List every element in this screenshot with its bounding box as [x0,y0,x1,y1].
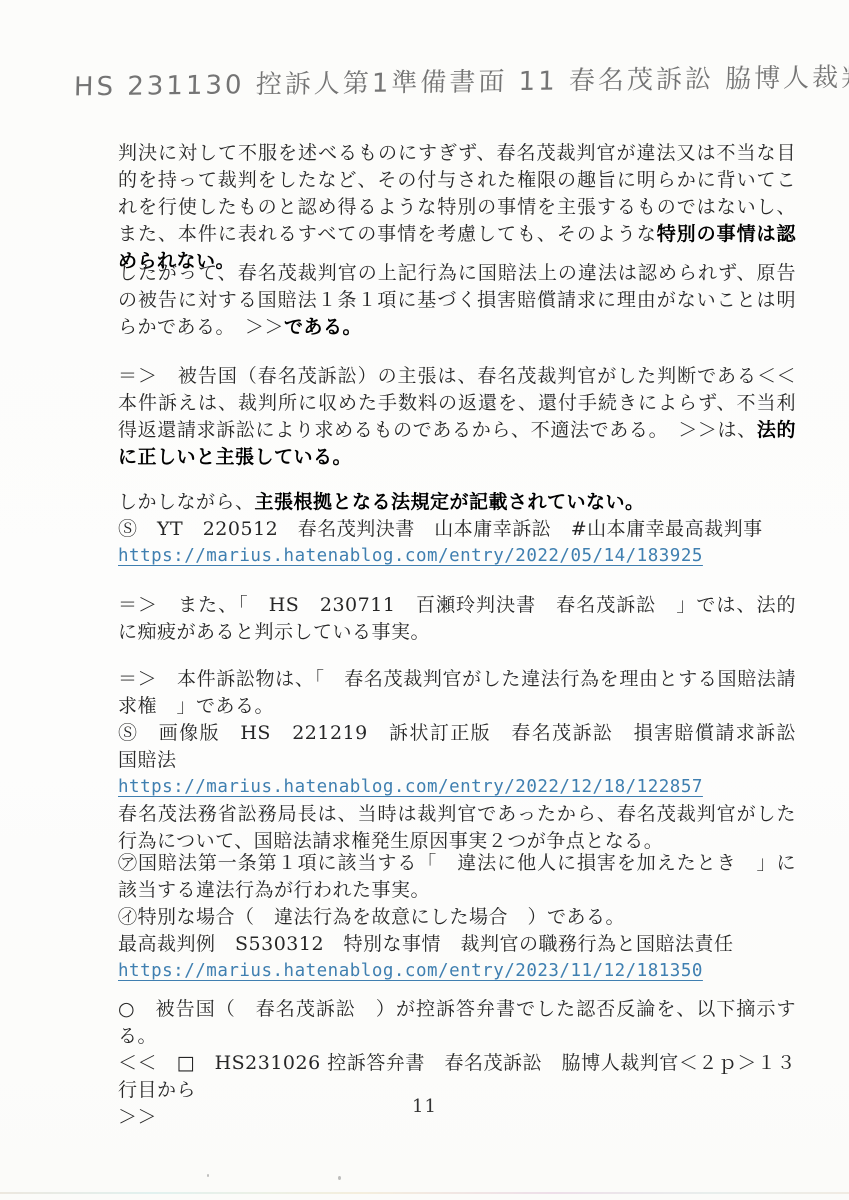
body-text: 春名茂法務省訟務局長は、当時は裁判官であったから、春名茂裁判官がした行為について… [118,801,796,855]
paragraph-judgment-quote: 判決に対して不服を述べるものにすぎず、春名茂裁判官が違法又は不当な目的を持って裁… [118,140,796,275]
body-text: したがって、春名茂裁判官の上記行為に国賠法上の違法は認められず、原告の被告に対す… [118,262,796,338]
paragraph-issue-points: ㋐国賠法第一条第１項に該当する「 違法に他人に損害を加えたとき 」に該当する違法… [118,850,796,985]
body-text-bold: 主張根拠となる法規定が記載されていない。 [255,491,645,513]
paragraph-counterargument: しかしながら、主張根拠となる法規定が記載されていない。 Ⓢ YT 220512 … [118,489,796,570]
scan-speck [207,1174,209,1177]
scan-edge-artifact [0,1192,849,1194]
body-text: しかしながら、 [118,491,255,513]
scanned-document-page: HS 231130 控訴人第1準備書面 11 春名茂訴訟 脇博人裁判官 判決に対… [0,0,849,1200]
body-text: ＝＞ 被告国（春名茂訴訟）の主張は、春名茂裁判官がした判断である＜＜ 本件訴えは… [118,365,816,441]
list-item-i: ㋑特別な場合（ 違法行為を故意にした場合 ）である。 [118,904,796,931]
scan-speck [338,1176,341,1180]
body-text-bold: である。 [284,316,362,338]
paragraph-subject-of-suit: ＝＞ 本件訴訟物は、「 春名茂裁判官がした違法行為を理由とする国賠法請求権 」で… [118,666,796,855]
hyperlink-url: https://marius.hatenablog.com/entry/2022… [118,543,796,570]
paragraph-conclusion-quote: したがって、春名茂裁判官の上記行為に国賠法上の違法は認められず、原告の被告に対す… [118,260,796,341]
hyperlink-url: https://marius.hatenablog.com/entry/2023… [118,958,796,985]
body-text-line: しかしながら、主張根拠となる法規定が記載されていない。 [118,489,796,516]
body-text: ○ 被告国（ 春名茂訴訟 ）が控訴答弁書でした認否反論を、以下摘示する。 [118,996,796,1050]
hyperlink-url: https://marius.hatenablog.com/entry/2022… [118,774,796,801]
case-reference-line: 最高裁判例 S530312 特別な事情 裁判官の職務行為と国賠法責任 [118,931,796,958]
body-text: ＝＞ 本件訴訟物は、「 春名茂裁判官がした違法行為を理由とする国賠法請求権 」で… [118,666,796,720]
body-text: ＝＞ また、「 HS 230711 百瀬玲判決書 春名茂訴訟 」では、法的に痴疲… [118,594,796,643]
page-number: 11 [0,1096,849,1117]
list-item-a: ㋐国賠法第一条第１項に該当する「 違法に他人に損害を加えたとき 」に該当する違法… [118,850,796,904]
reference-line: Ⓢ YT 220512 春名茂判決書 山本庸幸訴訟 #山本庸幸最高裁判事 [118,516,796,543]
handwritten-title: HS 231130 控訴人第1準備書面 11 春名茂訴訟 脇博人裁判官 [74,58,795,104]
paragraph-defendant-claim: ＝＞ 被告国（春名茂訴訟）の主張は、春名茂裁判官がした判断である＜＜ 本件訴えは… [118,363,796,471]
paragraph-momose-judgment: ＝＞ また、「 HS 230711 百瀬玲判決書 春名茂訴訟 」では、法的に痴疲… [118,592,796,646]
reference-line: Ⓢ 画像版 HS 221219 訴状訂正版 春名茂訴訟 損害賠償請求訴訟 国賠法 [118,720,796,774]
